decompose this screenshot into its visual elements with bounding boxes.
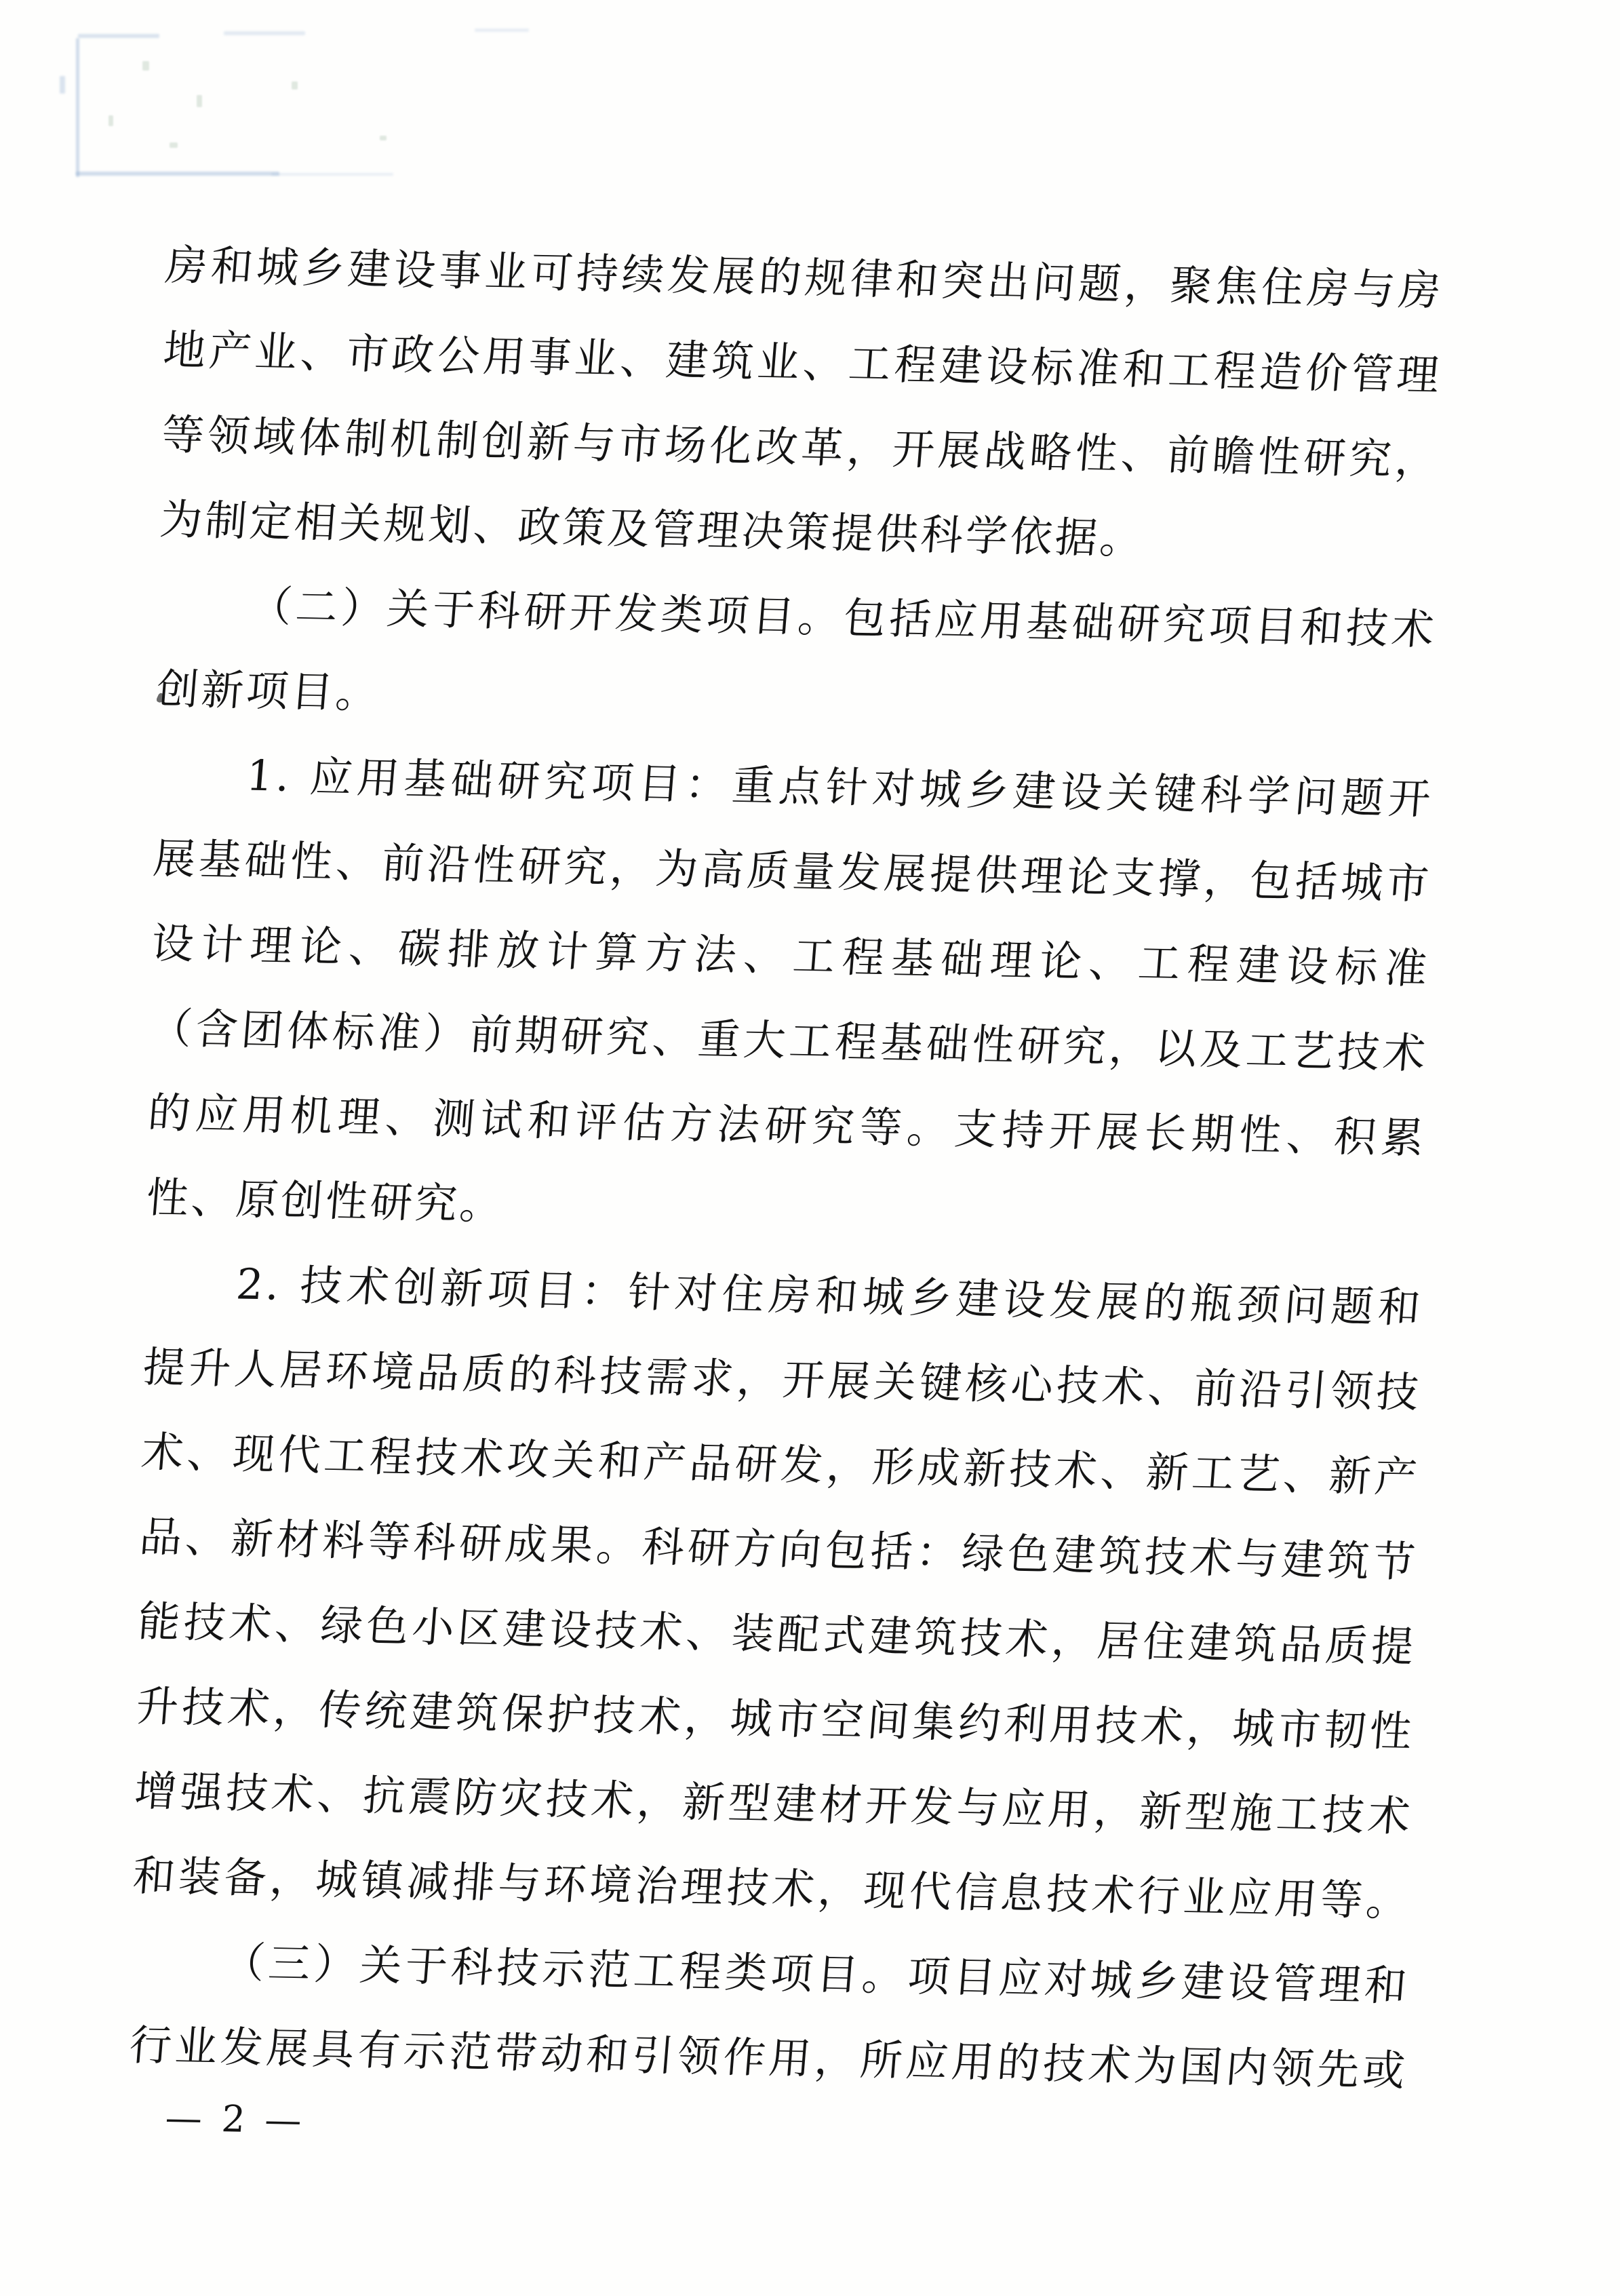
text-lines-container: 房和城乡建设事业可持续发展的规律和突出问题，聚焦住房与房地产业、市政公用事业、建… bbox=[129, 222, 1444, 2113]
document-body: 房和城乡建设事业可持续发展的规律和突出问题，聚焦住房与房地产业、市政公用事业、建… bbox=[129, 222, 1444, 2113]
artifact-speck bbox=[380, 136, 387, 140]
artifact-mark bbox=[271, 173, 393, 176]
artifact-speck bbox=[170, 142, 178, 148]
artifact-mark bbox=[78, 34, 159, 38]
artifact-mark bbox=[224, 31, 305, 35]
artifact-mark bbox=[76, 38, 79, 177]
artifact-mark bbox=[60, 76, 65, 94]
artifact-speck bbox=[142, 61, 149, 71]
page-number: — 2 — bbox=[164, 2097, 307, 2142]
artifact-speck bbox=[197, 95, 202, 107]
artifact-mark bbox=[76, 172, 279, 176]
scan-artifact-stamp-residue bbox=[0, 0, 542, 217]
artifact-speck bbox=[108, 115, 113, 126]
artifact-mark bbox=[475, 28, 529, 32]
scanned-document-page: 房和城乡建设事业可持续发展的规律和突出问题，聚焦住房与房地产业、市政公用事业、建… bbox=[0, 0, 1620, 2296]
artifact-speck bbox=[292, 81, 298, 90]
